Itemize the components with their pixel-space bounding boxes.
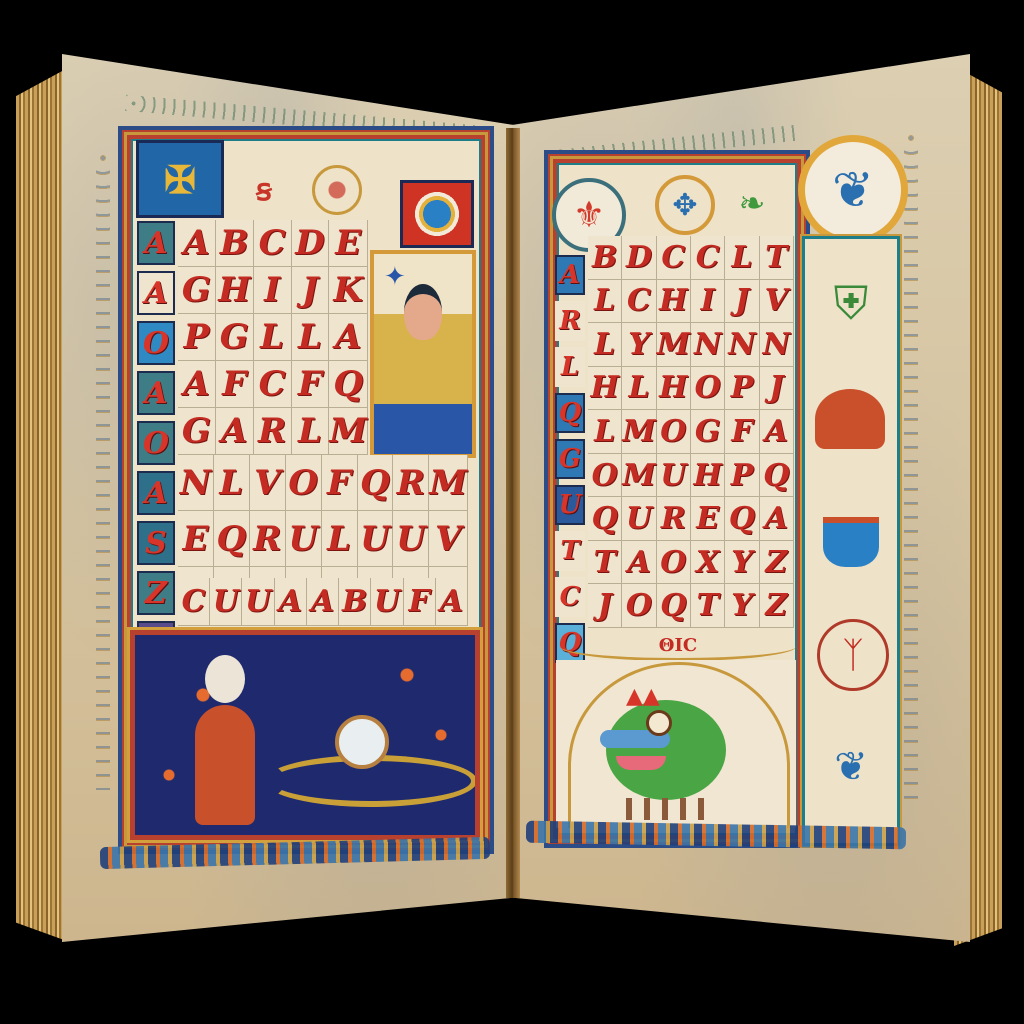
left-initials-column: A A O A O A S Z J [134,218,178,668]
grid-letter: R [393,455,429,511]
grid-letter: B [588,236,622,280]
roundel-glyph: ✥ [672,188,697,223]
book-gutter [506,128,520,898]
initial-letter: C [555,577,585,617]
flourish-text: ΘIC [659,635,697,656]
grid-letter: I [691,280,725,324]
grid-letter: M [657,323,691,367]
grid-letter: P [725,454,759,498]
blue-lotus-medallion-icon: ❦ [798,135,908,245]
grid-letter: F [216,361,254,408]
grid-letter: L [588,280,622,324]
grid-letter: V [429,511,468,567]
grid-letter: I [254,267,292,314]
initial-letter: L [555,347,585,387]
right-letter-grid: B D C C L T L C H I J V L Y M N N N H L … [588,236,794,628]
grid-letter: M [622,454,656,498]
grid-letter: C [178,578,210,626]
grid-letter: H [691,454,725,498]
grid-letter: A [436,578,468,626]
right-side-vine-border [904,130,918,810]
left-letter-grid-upper: A B C D E G H I J K P G L L A A F C F Q … [178,220,368,455]
grid-letter: A [307,578,339,626]
monster-legs [626,798,716,820]
grid-letter: E [691,497,725,541]
monster-mouth [616,756,666,770]
grid-letter: F [404,578,436,626]
grid-letter: A [178,361,216,408]
initial-letter: O [137,421,175,465]
grid-letter: O [657,541,691,585]
initial-letter: A [137,271,175,315]
devil-mask-face [205,655,245,703]
initial-letter: A [137,221,175,265]
initial-letter: Z [137,571,175,615]
grid-letter: U [286,511,322,567]
grid-letter: H [588,367,622,411]
lotus-glyph: ❦ [832,161,874,219]
grid-letter: D [622,236,656,280]
scroll-panel: ꞩ [224,150,394,230]
initial-letter: U [555,485,585,525]
red-fan-medallion-icon [815,389,885,449]
grid-letter: V [760,280,794,324]
grid-letter: A [216,408,254,455]
grid-letter: G [691,410,725,454]
grid-letter: Z [760,584,794,628]
grid-letter: D [292,220,330,267]
grid-letter: A [329,314,368,361]
left-page-edges [16,70,64,940]
grid-letter: U [657,454,691,498]
grid-letter: M [622,410,656,454]
initial-letter: Q [555,393,585,433]
grid-letter: U [358,511,394,567]
grid-letter: C [657,236,691,280]
grid-letter: G [216,314,254,361]
grid-letter: C [622,280,656,324]
initial-letter: T [555,531,585,571]
initial-letter: O [137,321,175,365]
grid-letter: Q [657,584,691,628]
bow-knot-roundel-icon: ᛉ [817,619,889,691]
grid-letter: O [657,410,691,454]
grid-letter: Y [725,584,759,628]
gold-monogram-icon: ✠ [164,157,196,202]
grid-letter: J [760,367,794,411]
grid-letter: Q [214,511,250,567]
grid-letter: H [657,280,691,324]
grid-letter: H [216,267,254,314]
grid-letter: R [254,408,292,455]
blue-vase-icon [823,517,879,567]
grid-letter: U [210,578,242,626]
initial-letter: S [137,521,175,565]
grid-letter: Q [760,454,794,498]
grid-letter: A [622,541,656,585]
grid-letter: O [691,367,725,411]
grid-letter: L [725,236,759,280]
grid-letter: U [393,511,429,567]
scroll-flourish: ΘIC [560,632,796,661]
devil-body [195,705,255,825]
grid-letter: L [622,367,656,411]
grid-letter: J [292,267,330,314]
grid-letter: Q [725,497,759,541]
grid-letter: L [322,511,358,567]
grid-letter: P [725,367,759,411]
grid-letter: K [329,267,368,314]
grid-letter: J [725,280,759,324]
grid-letter: L [214,455,250,511]
grid-letter: G [178,408,216,455]
grid-letter: N [760,323,794,367]
right-initials-column: A R L Q G U T C Q [552,252,588,666]
devil-figure-icon [130,630,480,840]
paired-birds-icon: ❦ [819,717,883,817]
left-side-vine-border [96,150,110,790]
woman-figure-icon: ✦ [370,250,476,458]
grid-letter: U [622,497,656,541]
initial-letter: R [555,301,585,341]
red-s-scroll-icon: ꞩ [256,173,272,208]
grid-letter: Z [760,541,794,585]
grid-letter: A [760,497,794,541]
green-monster-icon: ▲▲ [556,660,796,828]
grid-letter: M [429,455,468,511]
grid-letter: Q [358,455,394,511]
grid-letter: T [760,236,794,280]
grid-letter: O [588,454,622,498]
grid-letter: A [275,578,307,626]
grid-letter: H [657,367,691,411]
grid-letter: T [691,584,725,628]
blue-star-icon: ✦ [384,262,406,292]
grid-letter: A [760,410,794,454]
grid-letter: L [254,314,292,361]
sun-medallion-icon [400,180,474,248]
grid-letter: O [286,455,322,511]
initial-letter: A [137,371,175,415]
grid-letter: B [339,578,371,626]
grid-letter: C [254,361,292,408]
grid-letter: L [292,408,330,455]
grid-letter: C [691,236,725,280]
right-decorative-column: ⛨ ᛉ ❦ [802,236,900,846]
hand-in-wreath-icon [312,165,362,215]
grid-letter: G [178,267,216,314]
grid-letter: L [292,314,330,361]
grid-letter: R [250,511,286,567]
woman-face [404,284,442,340]
grid-letter: O [622,584,656,628]
grid-letter: Q [329,361,368,408]
initial-letter: A [555,255,585,295]
grid-letter: V [250,455,286,511]
grid-letter: U [242,578,274,626]
grid-letter: P [178,314,216,361]
green-dragon-vine-icon: ❧ [722,180,782,226]
grid-letter: U [371,578,403,626]
grid-letter: R [657,497,691,541]
grid-letter: T [588,541,622,585]
grid-letter: N [178,455,214,511]
monster-eye [646,710,672,736]
grid-letter: J [588,584,622,628]
monogram-box: ✠ [136,140,224,218]
grid-letter: E [178,511,214,567]
initial-letter: A [137,471,175,515]
quatrefoil-roundel-icon: ✥ [655,175,715,235]
grid-letter: Y [622,323,656,367]
grid-letter: N [725,323,759,367]
grid-letter: Q [588,497,622,541]
grid-letter: L [588,323,622,367]
broken-orb-icon [335,715,389,769]
grid-letter: M [329,408,368,455]
fleur-glyph: ⚜ [573,195,605,236]
left-letter-grid-last-row: C U U A A B U F A [178,578,468,626]
monster-horns: ▲▲ [626,684,660,709]
grid-letter: F [322,455,358,511]
grid-letter: X [691,541,725,585]
grid-letter: E [329,220,368,267]
grid-letter: Y [725,541,759,585]
grid-letter: N [691,323,725,367]
griffins-with-shield-icon: ⛨ [819,249,883,359]
grid-letter: F [292,361,330,408]
grid-letter: A [178,220,216,267]
grid-letter: L [588,410,622,454]
grid-letter: C [254,220,292,267]
grid-letter: F [725,410,759,454]
grid-letter: B [216,220,254,267]
initial-letter: G [555,439,585,479]
